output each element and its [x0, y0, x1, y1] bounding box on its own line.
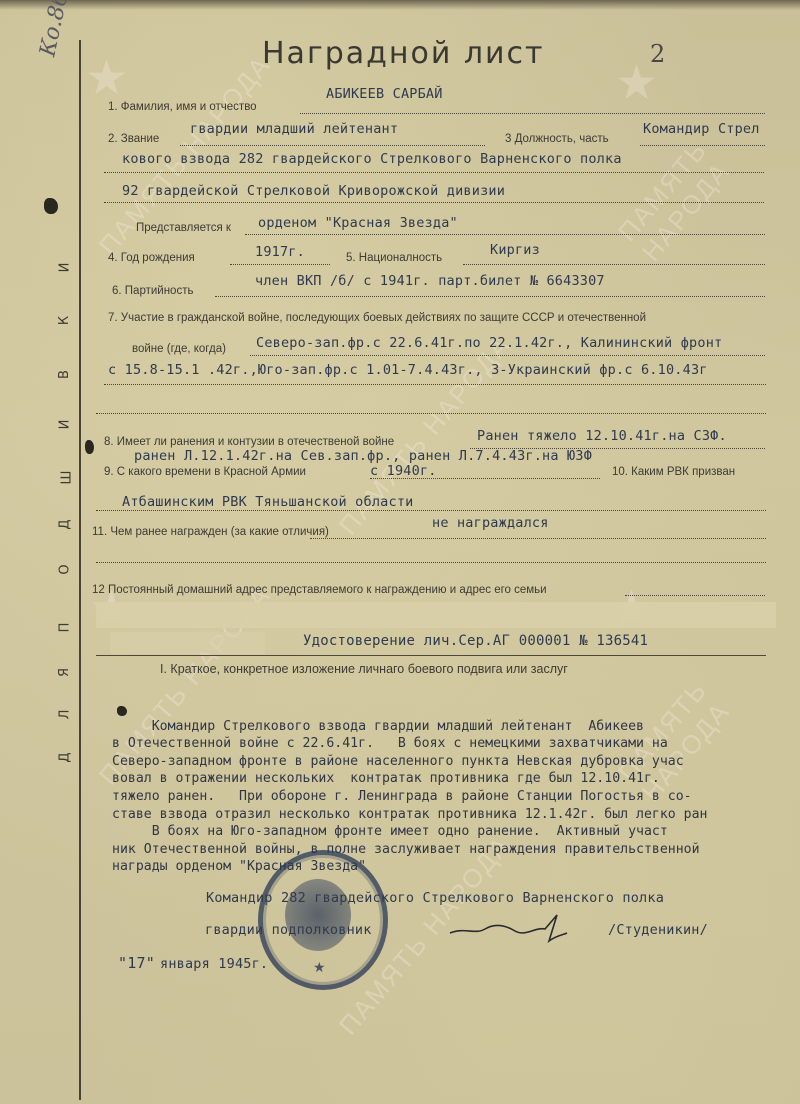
award-sheet-page: ★ ★ ★ ★ ПАМЯТЬ НАРОДА ПАМЯТЬ НАРОДА ПАМЯ…: [0, 0, 800, 1104]
redacted-address: [110, 632, 265, 654]
date-day: "17": [118, 954, 155, 972]
field-7-value: Северо-зап.фр.с 22.6.41г.по 22.1.42г., К…: [256, 335, 722, 351]
field-line: [180, 145, 485, 146]
document-title: Наградной лист: [262, 36, 545, 71]
field-7-value-cont: с 15.8-15.1 .42г.,Юго-зап.фр.с 1.01-7.4.…: [108, 362, 708, 378]
scan-edge-shadow: [0, 0, 800, 10]
field-line: [104, 202, 764, 203]
watermark-star-icon: ★: [85, 50, 128, 106]
field-line: [625, 595, 765, 596]
field-10-label: 10. Каким РВК призван: [612, 466, 735, 478]
section-divider: [96, 655, 766, 656]
field-6-value: член ВКП /б/ с 1941г. парт.билет № 66433…: [255, 273, 605, 289]
page-number: 2: [650, 40, 665, 68]
field-3-value-cont: кового взвода 282 гвардейского Стрелково…: [122, 151, 622, 167]
field-4-value: 1917г.: [255, 244, 305, 260]
field-2-label: 2. Звание: [108, 133, 159, 145]
field-line: [96, 413, 766, 414]
field-line: [215, 296, 765, 297]
section-1-heading: I. Краткое, конкретное изложение личнаго…: [160, 662, 568, 676]
field-line: [640, 145, 765, 146]
field-line: [104, 384, 766, 385]
presented-value: орденом "Красная Звезда": [258, 215, 458, 231]
field-7-label-cont: войне (где, когда): [132, 343, 226, 355]
field-8-label: 8. Имеет ли ранения и контузии в отечест…: [104, 436, 394, 448]
date-month-year: января 1945г.: [160, 956, 268, 972]
field-7-label: 7. Участие в гражданской войне, последую…: [108, 312, 646, 324]
field-line: [300, 113, 765, 114]
field-line: [245, 234, 765, 235]
presented-label: Представляется к: [136, 222, 231, 234]
field-line: [96, 562, 766, 563]
field-line: [310, 538, 766, 539]
star-icon: ★: [313, 959, 326, 976]
field-9-label: 9. С какого времени в Красной Армии: [104, 466, 306, 478]
field-12-label: 12 Постоянный домашний адрес представляе…: [92, 584, 547, 596]
field-2-value: гвардии младший лейтенант: [190, 121, 398, 137]
field-line: [104, 172, 764, 173]
field-3-value: Командир Стрел: [643, 121, 760, 137]
field-line: [463, 264, 765, 265]
field-line: [96, 510, 766, 511]
field-4-label: 4. Год рождения: [108, 252, 195, 264]
field-8-value: Ранен тяжело 12.10.41г.на СЗФ.: [477, 428, 727, 444]
id-document: Удостоверение лич.Сер.АГ 000001 № 136541: [303, 633, 648, 649]
field-10-value: Атбашинским РВК Тяньшанской области: [122, 494, 413, 510]
field-11-label: 11. Чем ранее награжден (за какие отличи…: [92, 526, 329, 538]
signatory-name: /Студеникин/: [608, 922, 708, 938]
field-3-value-cont: 92 гвардейской Стрелковой Криворожской д…: [122, 183, 505, 199]
field-6-label: 6. Партийность: [112, 285, 193, 297]
margin-vertical-label: Д Л Я П О Д Ш И В К И: [52, 195, 82, 755]
field-line: [230, 264, 330, 265]
field-1-value: АБИКЕЕВ САРБАЙ: [326, 86, 443, 102]
handwritten-signature: [445, 905, 585, 945]
field-3-label: 3 Должность, часть: [505, 133, 609, 145]
punch-hole: [85, 440, 94, 454]
field-8-value-cont: ранен Л.12.1.42г.на Сев.зап.фр., ранен Л…: [134, 448, 592, 464]
field-9-value: с 1940г.: [370, 463, 437, 479]
redacted-address: [96, 602, 776, 628]
field-5-value: Киргиз: [490, 242, 540, 258]
section-1-narrative: Командир Стрелкового взвода гвардии млад…: [112, 700, 792, 876]
field-5-label: 5. Националность: [346, 252, 442, 264]
signatory-position: Командир 282 гвардейского Стрелкового Ва…: [206, 890, 664, 906]
field-11-value: не награждался: [432, 515, 549, 531]
official-stamp: ★: [258, 850, 388, 990]
field-line: [250, 355, 765, 356]
signatory-rank: гвардии подполковник: [205, 922, 372, 938]
field-1-label: 1. Фамилия, имя и отчество: [108, 101, 257, 113]
